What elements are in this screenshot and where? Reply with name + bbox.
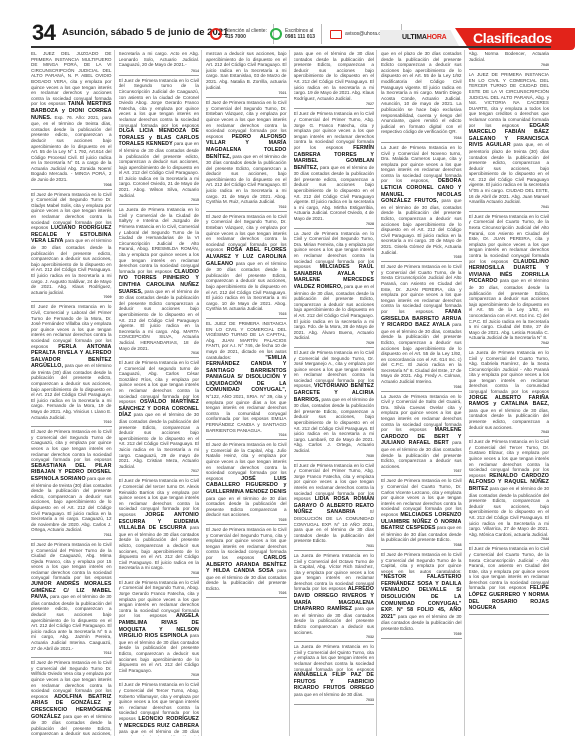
legal-notice: La Jueza de Primera Instancia en lo Civi… — [294, 643, 375, 704]
legal-notice: LA JUEZ DE PRIMERA INSTANCIA EN LO CIVIL… — [469, 71, 550, 212]
notice-reference-code: 7024 — [206, 433, 287, 437]
legal-notice: El Juez de Primera Instancia en lo Civil… — [31, 191, 112, 303]
notice-reference-code: 7026 — [206, 591, 287, 595]
whatsapp-icon — [270, 28, 282, 40]
notice-reference-code: 7025 — [206, 518, 287, 522]
legal-notice: El Juez de Primera Instancia en lo Civil… — [294, 462, 375, 551]
notice-reference-code: 7030 — [294, 454, 375, 458]
column-6: Abg. Norma Bodencer, Actuaria Judicial. … — [469, 50, 552, 736]
notice-text-continued: para que en el término de 30 días contad… — [31, 594, 112, 650]
notice-text: La Jueza de Primera Instancia en lo Civi… — [469, 350, 550, 394]
legal-notice: El Juez de Primera Instancia en lo Civil… — [119, 579, 200, 681]
notice-text: que en el plazo de 30 días contados desd… — [381, 51, 462, 134]
notice-reference-code: 7037 — [381, 469, 462, 473]
mail-icon — [330, 30, 342, 39]
notice-reference-code: 7019 — [119, 673, 200, 677]
header-divider — [31, 46, 551, 48]
notice-reference-code: 7023 — [206, 312, 287, 316]
notice-text-continued: Exp. 76. Año: 2021, para que, en el térm… — [31, 115, 112, 183]
notice-reference-code: 7042 — [469, 341, 550, 345]
notice-reference-code: 7033 — [294, 698, 375, 702]
legal-notice: El Juez de Primera Instancia en lo Civil… — [469, 213, 550, 348]
legal-notice: El Juez de Primera Instancia en lo Civil… — [31, 659, 112, 736]
notice-text-continued: para que en el término de 30 días contad… — [469, 486, 550, 537]
notice-text: para que en el término de 30 días contad… — [294, 51, 375, 101]
legal-notice: El Juez de Primera Instancia en lo Civil… — [381, 477, 462, 550]
contact-value: 415 7000 — [225, 34, 246, 40]
legal-notice: Secretaría a mi cargo. Acto en Abg. Leon… — [119, 50, 200, 76]
notice-text: El Juez de Primera Instancia en lo Civil… — [31, 304, 112, 348]
legal-notice: La Juez de Primera Instancia en lo Civil… — [294, 230, 375, 348]
notice-reference-code: 7015 — [119, 198, 200, 202]
notice-text: El Juez de Primera Instancia en lo Civil… — [381, 264, 462, 314]
notice-text: LA JUEZ DE PRIMERA INSTANCIA EN LO CIVIL… — [469, 72, 550, 127]
notice-text: mezcan a deducir sus acciones, bajo aper… — [206, 51, 287, 90]
page-date: Asunción, sábado 5 de junio de 2021 — [62, 27, 228, 38]
notice-text-continued: para que en el término de 30 días contad… — [119, 729, 200, 736]
notice-text-continued: para que en el término de 30 días contad… — [31, 238, 112, 294]
notice-parties: "EMILIA FERNÁNDEZ CANDIA Y SANTIAGO BARR… — [206, 355, 287, 394]
notice-text: El Juez de Primera Instancia en lo Civil… — [381, 552, 462, 574]
notice-reference-code: 7041 — [469, 205, 550, 209]
brand-logo: ULTIMAHORA — [402, 34, 447, 41]
legal-notice: Abg. Norma Bodencer, Actuaria Judicial. … — [469, 50, 550, 70]
notice-text: Secretaría a mi cargo. Acto en Abg. Leon… — [119, 51, 200, 67]
notice-text-continued: para que en el término de 30 días contad… — [119, 141, 200, 197]
whatsapp-contact: Escribinos al0981 111 013 — [270, 24, 322, 44]
legal-notice: El Juez de Primera Instancia en lo Civil… — [294, 349, 375, 461]
column-5: que en el plazo de 30 días contados desd… — [381, 50, 465, 736]
notice-reference-code: 7034 — [381, 136, 462, 140]
notice-reference-code: 7018 — [119, 571, 200, 575]
notice-text-continued: para que en el término de 30 días, conta… — [381, 198, 462, 254]
notice-reference-code: 7009 — [31, 295, 112, 299]
notice-reference-code: 7028 — [294, 222, 375, 226]
notice-text: El Juez de Primera Instancia en lo Civil… — [469, 214, 550, 264]
notice-text-continued: para que, en el perentorio plazo de trei… — [469, 142, 550, 204]
notice-text-continued: para que en el término de 30 días, conta… — [294, 397, 375, 453]
notice-reference-code: 7021 — [206, 91, 287, 95]
notice-columns: EL JUEZ DEL JUZGADO DE PRIMERA INSTANCIA… — [31, 50, 551, 736]
notice-reference-code: 7027 — [294, 102, 375, 106]
notice-text-continued: para que en el término de 30 días contad… — [119, 412, 200, 468]
notice-reference-code: 7044 — [469, 537, 550, 541]
notice-text: El Juez de Primera Instancia en lo Civil… — [469, 546, 550, 590]
notice-reference-code: 7035 — [381, 255, 462, 259]
notice-reference-code: 7010 — [31, 420, 112, 424]
notice-parties: ANNABELLA FILIP PAZ DE FRUTOS Y FABRICIO… — [294, 672, 375, 691]
notice-text-continued: N°122, AÑO 2021, SRIA. N° 39, cita y emp… — [206, 394, 287, 433]
contact-value: 0981 111 013 — [285, 34, 315, 40]
notice-text-continued: para que en el término de 30 días, conta… — [469, 278, 550, 340]
notice-text-continued: para que en el término de 30 días contad… — [294, 165, 375, 221]
notice-text: La Jueza de Primera Instancia en lo Civi… — [119, 207, 200, 274]
notice-reference-code: 7016 — [119, 351, 200, 355]
notice-text: La Jueza de Primera Instancia en lo Civi… — [294, 644, 375, 671]
legal-notice: La Jueza de Primera Instancia en lo Civi… — [469, 349, 550, 437]
notice-text-continued: para que en el término de treinta (30) d… — [31, 363, 112, 419]
column-3: mezcan a deducir sus acciones, bajo aper… — [206, 50, 290, 736]
legal-notice: El Juez de Primera Instancia en lo Civil… — [119, 359, 200, 476]
legal-notice: El Juez de Primera Instancia en lo Civil… — [206, 526, 287, 599]
customer-service-contact: Atención al cliente:415 7000 — [210, 24, 274, 44]
column-2: Secretaría a mi cargo. Acto en Abg. Leon… — [119, 50, 203, 736]
legal-notice: El Juez de Primera Instancia en lo Civil… — [119, 477, 200, 578]
legal-notice: mezcan a deducir sus acciones, bajo aper… — [206, 50, 287, 98]
notice-text: Abg. Norma Bodencer, Actuaria Judicial. — [469, 51, 550, 62]
notice-reference-code: 7036 — [381, 385, 462, 389]
notice-reference-code: 7039 — [381, 632, 462, 636]
legal-notice: La Jueza de Primera Instancia en lo Civi… — [381, 393, 462, 477]
legal-notice: La Jueza de Primera Instancia en lo Civi… — [119, 206, 200, 358]
legal-notice: El Juez de Primera Instancia en lo Civil… — [381, 551, 462, 639]
phone-icon — [210, 28, 222, 40]
legal-notice: que en el plazo de 30 días contados desd… — [381, 50, 462, 143]
notice-text-continued: para que en el término de 30 días, conta… — [294, 284, 375, 340]
legal-notice: El Juez de Primera Instancia en lo Civil… — [206, 213, 287, 319]
page-header: 34 Asunción, sábado 5 de junio de 2021 A… — [0, 18, 580, 46]
notice-parties: JORGE ALBERTO FARIÑA RAMOS y CATALINA BA… — [469, 395, 550, 408]
notice-text-continued: para que en el término de 30 días, conta… — [469, 408, 550, 430]
notice-reference-code: 7008 — [31, 183, 112, 187]
column-1: EL JUEZ DEL JUZGADO DE PRIMERA INSTANCIA… — [31, 50, 115, 736]
notice-text: EL JUEZ DEL JUZGADO DE PRIMERA INSTANCIA… — [31, 51, 112, 106]
legal-notice: El Juez de Primera Instancia en lo Civil… — [206, 441, 287, 525]
notice-reference-code: 7040 — [469, 63, 550, 67]
notice-text-continued: para que en el término de 30 días contad… — [119, 633, 200, 673]
newspaper-page: 34 Asunción, sábado 5 de junio de 2021 A… — [0, 0, 580, 756]
notice-reference-code: 7032 — [294, 635, 375, 639]
notice-reference-code: 7011 — [31, 533, 112, 537]
notice-text: El Juez de Primera Instancia en lo Civil… — [31, 542, 112, 581]
legal-notice: El Juez de Primera Instancia en lo Civil… — [119, 77, 200, 205]
notice-reference-code: 7022 — [206, 205, 287, 209]
legal-notice: EL JUEZ DE PRIMERA INSTANCIA EN LO CIVIL… — [206, 320, 287, 440]
legal-notice: El Juez de Primera Instancia en lo Civil… — [381, 263, 462, 391]
page-number: 34 — [32, 20, 55, 46]
notice-reference-code: 7017 — [119, 469, 200, 473]
legal-notice: El Juez de Primera Instancia en lo Civil… — [119, 681, 200, 736]
legal-notice: El Juez de Primera Instancia en lo Civil… — [31, 303, 112, 427]
notice-text-continued: para que en el término de 30 días contad… — [119, 289, 200, 351]
notice-reference-code: 7031 — [294, 544, 375, 548]
legal-notice: El Juez de Primera Instancia en lo Civil… — [469, 438, 550, 544]
notice-text-continued: para que en el término de treinta (30) d… — [31, 476, 112, 532]
notice-text: El Juez de Primera Instancia en lo Civil… — [119, 360, 200, 404]
legal-notice: para que en el término de 30 días contad… — [294, 50, 375, 109]
notice-text-continued: para que en el término de 30 días. — [294, 692, 364, 697]
legal-notice: El Juez de Primera Instancia en lo Civil… — [206, 99, 287, 212]
notice-reference-code: 7014 — [119, 69, 200, 73]
notice-text: El Juez de Primera Instancia en lo Civil… — [119, 78, 200, 128]
notice-text-continued: para que en el término de 30 días contad… — [206, 154, 287, 205]
legal-notice: El Juez de Primera Instancia en lo Civil… — [469, 545, 550, 615]
legal-notice: El Juez de Primera Instancia en lo Civil… — [294, 110, 375, 228]
notice-text-continued: para que en el término de 30 días contad… — [206, 496, 287, 518]
section-title: Clasificados — [473, 30, 552, 46]
legal-notice: El Juez de Primera Instancia en lo Civil… — [31, 428, 112, 540]
notice-reference-code: 7038 — [381, 543, 462, 547]
notice-reference-code: 7012 — [31, 651, 112, 655]
legal-notice: EL JUEZ DEL JUZGADO DE PRIMERA INSTANCIA… — [31, 50, 112, 190]
notice-reference-code: 7029 — [294, 341, 375, 345]
column-4: para que en el término de 30 días contad… — [294, 50, 378, 736]
notice-reference-code: 7043 — [469, 430, 550, 434]
legal-notice: La Jueza de Primera Instancia en lo Civi… — [294, 552, 375, 642]
legal-notice: La Juez de Primera Instancia en lo Civil… — [381, 144, 462, 262]
notice-text-continued: para que en el término de 30 días, conta… — [381, 322, 462, 384]
notice-text: El Juez de Primera Instancia en lo Civil… — [31, 429, 112, 462]
notice-text-continued: para que en el término de 30 días contad… — [206, 261, 287, 312]
legal-notice: El Juez de Primera Instancia en lo Civil… — [31, 541, 112, 658]
notice-text-continued: para que en el término de 30 días contad… — [119, 525, 200, 570]
